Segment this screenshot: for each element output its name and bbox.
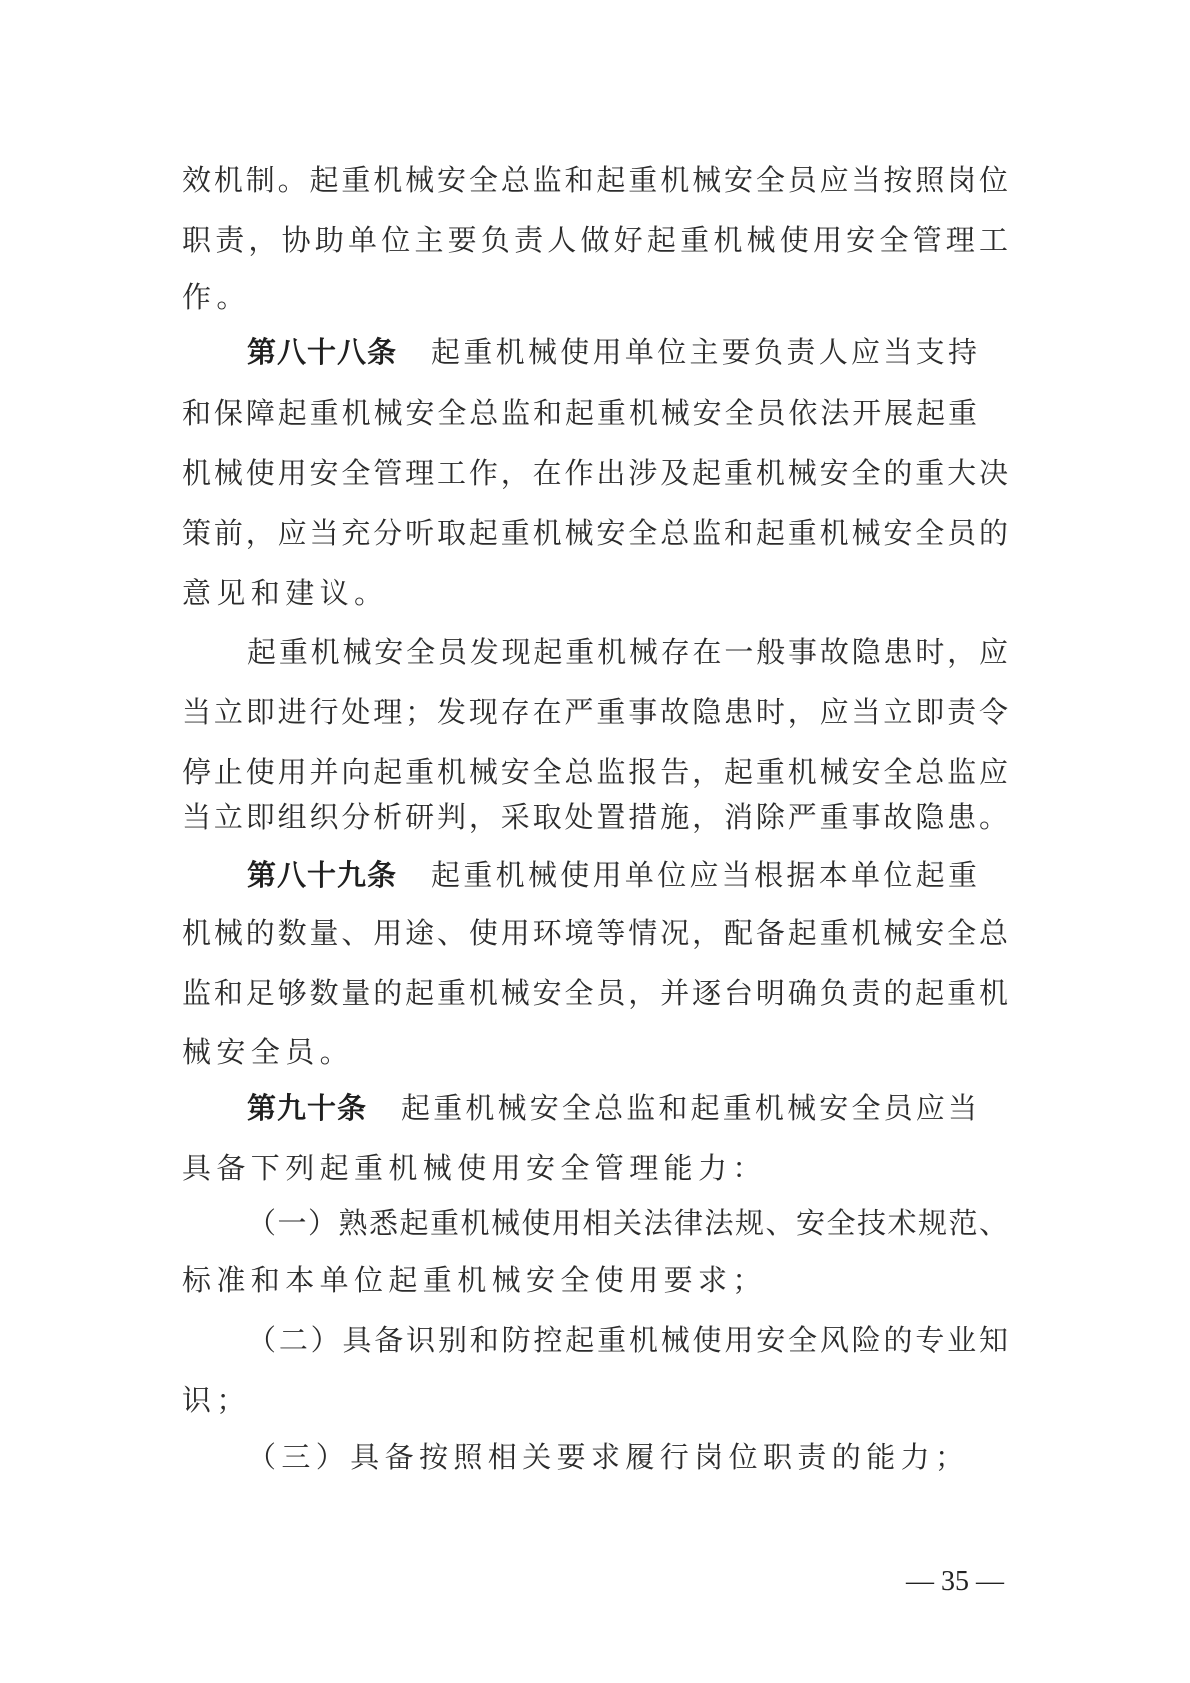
text-line: 和保障起重机械安全总监和起重机械安全员依法开展起重 xyxy=(182,393,977,433)
article-first-line: 起重机械使用单位主要负责人应当支持 xyxy=(431,332,977,372)
text-line: 意见和建议。 xyxy=(182,573,388,613)
article-89: 第八十九条 起重机械使用单位应当根据本单位起重 xyxy=(247,855,977,895)
text-line: 职责，协助单位主要负责人做好起重机械使用安全管理工 xyxy=(182,220,1008,260)
text-line: 当立即组织分析研判，采取处置措施，消除严重事故隐患。 xyxy=(182,797,1008,837)
list-item: （二）具备识别和防控起重机械使用安全风险的专业知 xyxy=(247,1320,1008,1360)
text-line: 效机制。起重机械安全总监和起重机械安全员应当按照岗位 xyxy=(182,160,1008,200)
text-line: 起重机械安全员发现起重机械存在一般事故隐患时，应 xyxy=(247,632,1008,672)
text-line: 停止使用并向起重机械安全总监报告，起重机械安全总监应 xyxy=(182,752,1008,792)
text-line: 械安全员。 xyxy=(182,1032,354,1072)
article-88: 第八十八条 起重机械使用单位主要负责人应当支持 xyxy=(247,332,977,372)
list-item: （三）具备按照相关要求履行岗位职责的能力； xyxy=(247,1437,969,1477)
article-first-line: 起重机械安全总监和起重机械安全员应当 xyxy=(401,1088,977,1128)
list-item: （一）熟悉起重机械使用相关法律法规、安全技术规范、 xyxy=(247,1203,1008,1243)
text-line: 识； xyxy=(182,1380,251,1420)
document-page: 效机制。起重机械安全总监和起重机械安全员应当按照岗位 职责，协助单位主要负责人做… xyxy=(0,0,1190,1683)
article-heading: 第八十九条 xyxy=(247,855,397,895)
article-first-line: 起重机械使用单位应当根据本单位起重 xyxy=(431,855,977,895)
text-line: 策前，应当充分听取起重机械安全总监和起重机械安全员的 xyxy=(182,513,1008,553)
text-line: 标准和本单位起重机械安全使用要求； xyxy=(182,1260,767,1300)
text-line: 监和足够数量的起重机械安全员，并逐台明确负责的起重机 xyxy=(182,973,1008,1013)
article-heading: 第八十八条 xyxy=(247,332,397,372)
text-line: 具备下列起重机械使用安全管理能力： xyxy=(182,1148,767,1188)
text-line: 机械使用安全管理工作，在作出涉及起重机械安全的重大决 xyxy=(182,453,1008,493)
page-number: — 35 — xyxy=(880,1562,1030,1602)
text-line: 机械的数量、用途、使用环境等情况，配备起重机械安全总 xyxy=(182,913,1008,953)
article-heading: 第九十条 xyxy=(247,1088,367,1128)
text-line: 作。 xyxy=(182,277,251,317)
article-90: 第九十条 起重机械安全总监和起重机械安全员应当 xyxy=(247,1088,977,1128)
text-line: 当立即进行处理；发现存在严重事故隐患时，应当立即责令 xyxy=(182,692,1008,732)
